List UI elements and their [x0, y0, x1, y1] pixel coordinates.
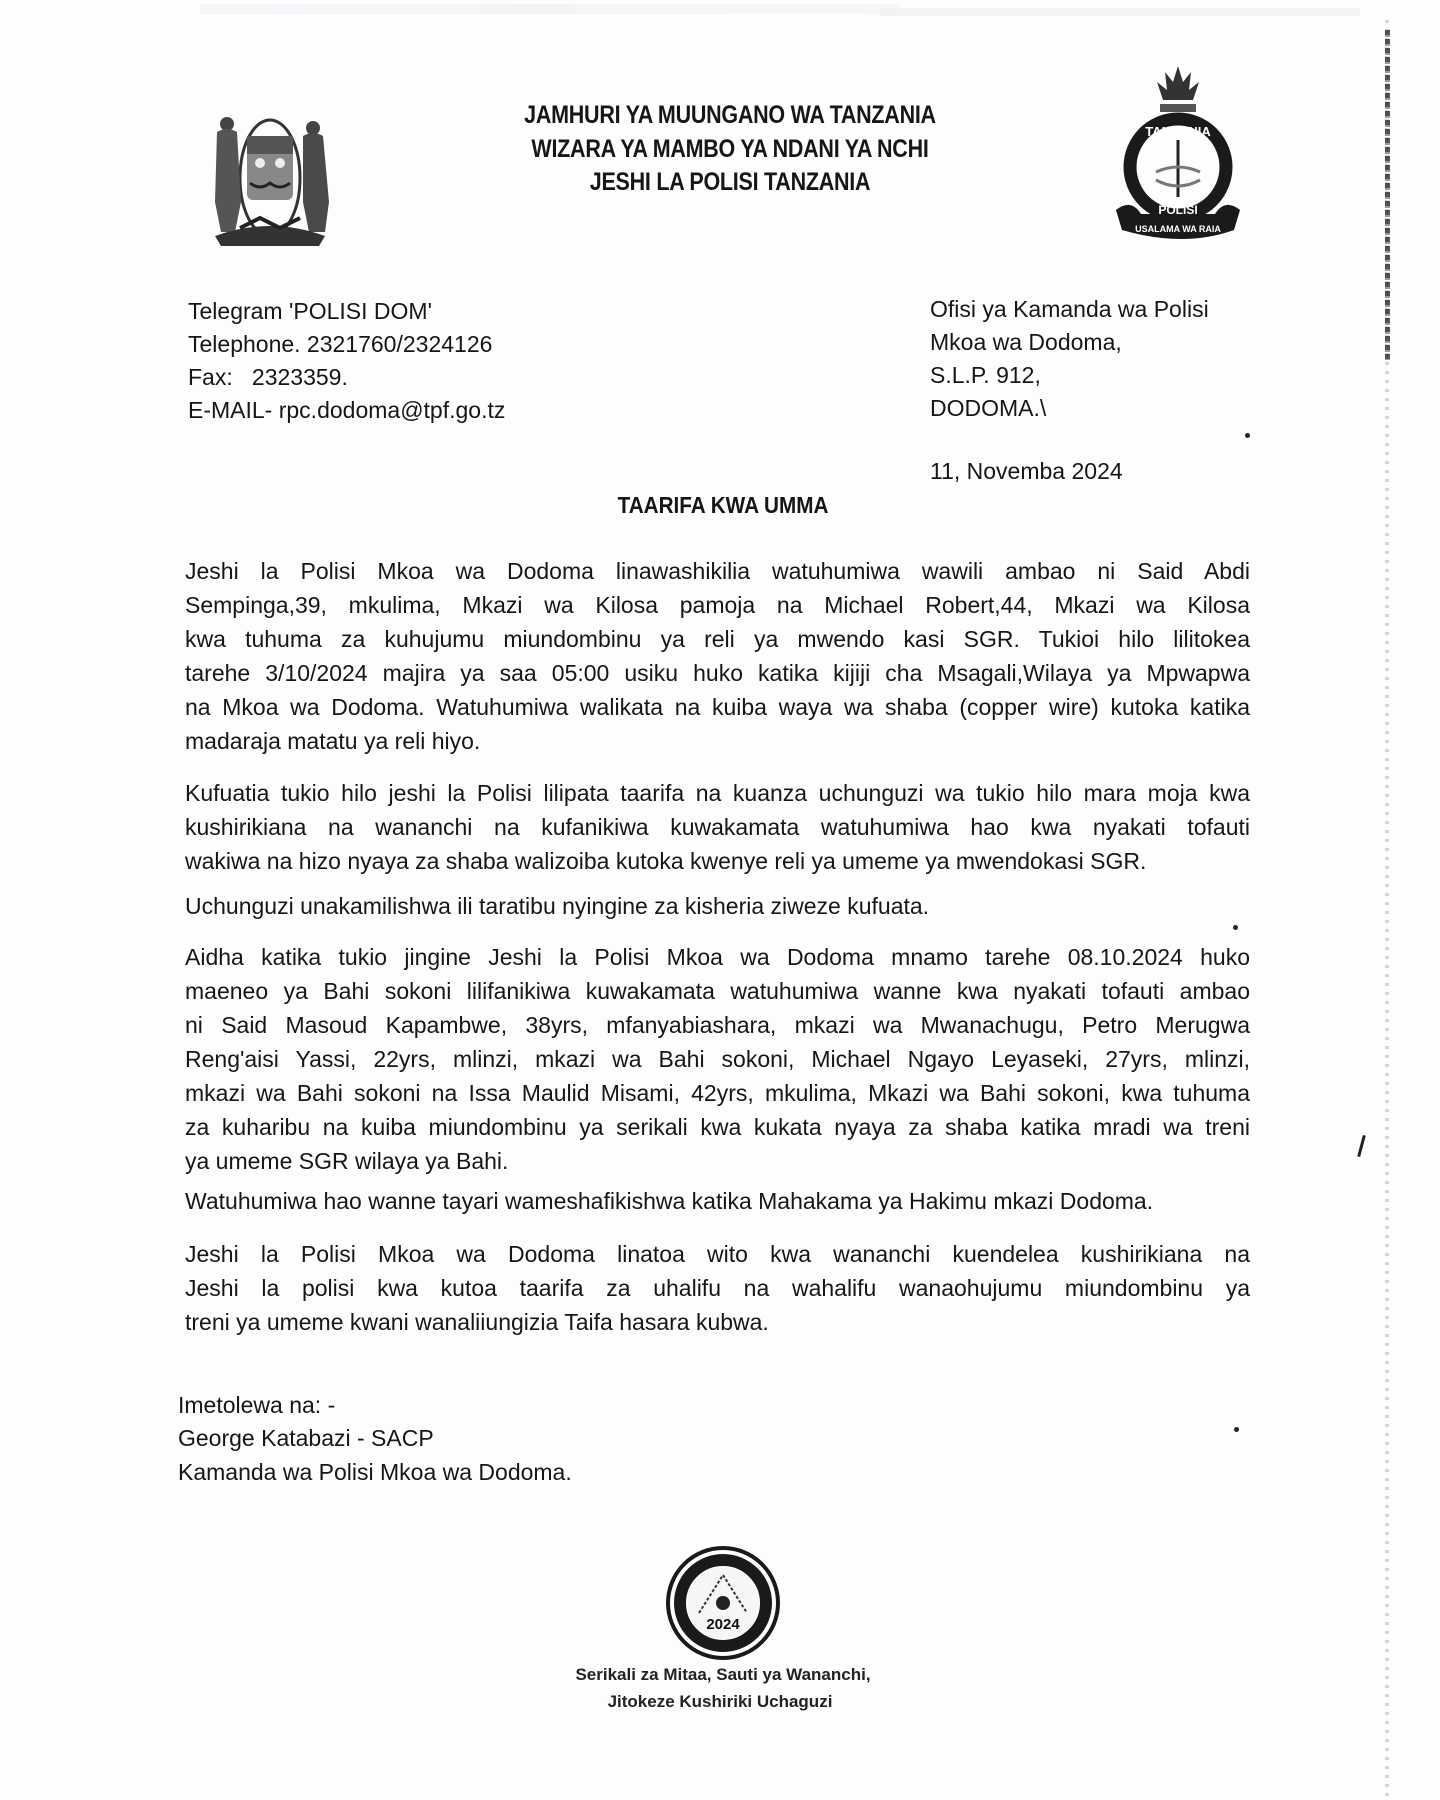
footer-slogan-line-2: Jitokeze Kushiriki Uchaguzi [520, 1692, 920, 1712]
document-heading: TAARIFA KWA UMMA [453, 492, 993, 519]
svg-text:2024: 2024 [706, 1616, 740, 1633]
letterhead-line-3: JESHI LA POLISI TANZANIA [429, 168, 1031, 197]
scan-edge-line [1385, 30, 1390, 360]
scan-mark [1357, 1135, 1366, 1157]
signatory-name: George Katabazi - SACP [178, 1425, 434, 1452]
contact-email[interactable]: E-MAIL- rpc.dodoma@tpf.go.tz [188, 397, 505, 424]
paragraph-4-line: za kuharibu na kuiba miundombinu ya seri… [185, 1114, 1250, 1141]
scan-bleed-through [880, 8, 1360, 16]
paragraph-6-line: Jeshi la Polisi Mkoa wa Dodoma linatoa w… [185, 1241, 1250, 1268]
paragraph-4-line: ya umeme SGR wilaya ya Bahi. [185, 1148, 1250, 1175]
letterhead-line-1: JAMHURI YA MUUNGANO WA TANZANIA [429, 101, 1031, 130]
paragraph-4-line: maeneo ya Bahi sokoni lilifanikiwa kuwak… [185, 978, 1250, 1005]
paragraph-5-line: Watuhumiwa hao wanne tayari wameshafikis… [185, 1188, 1250, 1215]
scan-speck [1245, 433, 1250, 438]
letter-date: 11, Novemba 2024 [930, 458, 1123, 485]
scan-speck [1233, 925, 1238, 930]
election-2024-seal-icon: 2024 [663, 1543, 783, 1663]
police-badge-icon: TANZANIA POLISI USALAMA WA RAIA [1108, 62, 1248, 248]
paragraph-1-line: tarehe 3/10/2024 majira ya saa 05:00 usi… [185, 660, 1250, 687]
paragraph-1-line: Sempinga,39, mkulima, Mkazi wa Kilosa pa… [185, 592, 1250, 619]
paragraph-4-line: Aidha katika tukio jingine Jeshi la Poli… [185, 944, 1250, 971]
paragraph-4-line: mkazi wa Bahi sokoni na Issa Maulid Misa… [185, 1080, 1250, 1107]
paragraph-3-line: Uchunguzi unakamilishwa ili taratibu nyi… [185, 893, 1250, 920]
issued-by-label: Imetolewa na: - [178, 1392, 335, 1419]
contact-telegram: Telegram 'POLISI DOM' [188, 298, 432, 325]
paragraph-2-line: kushirikiana na wananchi na kufanikiwa k… [185, 814, 1250, 841]
paragraph-1-line: Jeshi la Polisi Mkoa wa Dodoma linawashi… [185, 558, 1250, 585]
letterhead-line-2: WIZARA YA MAMBO YA NDANI YA NCHI [429, 135, 1031, 164]
svg-text:TANZANIA: TANZANIA [1145, 124, 1211, 139]
paragraph-2-line: wakiwa na hizo nyaya za shaba walizoiba … [185, 848, 1250, 875]
scan-bleed-through [200, 4, 900, 14]
paragraph-4-line: Reng'aisi Yassi, 22yrs, mlinzi, mkazi wa… [185, 1046, 1250, 1073]
tanzania-coat-of-arms-icon [205, 108, 335, 250]
address-line-2: Mkoa wa Dodoma, [930, 329, 1122, 356]
address-line-4: DODOMA.\ [930, 395, 1046, 422]
paragraph-6-line: Jeshi la polisi kwa kutoa taarifa za uha… [185, 1275, 1250, 1302]
paragraph-2-line: Kufuatia tukio hilo jeshi la Polisi lili… [185, 780, 1250, 807]
footer-slogan-line-1: Serikali za Mitaa, Sauti ya Wananchi, [523, 1665, 923, 1685]
scanned-letter: JAMHURI YA MUUNGANO WA TANZANIA WIZARA Y… [0, 0, 1440, 1800]
signatory-title: Kamanda wa Polisi Mkoa wa Dodoma. [178, 1459, 572, 1486]
address-line-3: S.L.P. 912, [930, 362, 1041, 389]
svg-text:USALAMA WA RAIA: USALAMA WA RAIA [1135, 224, 1221, 234]
paragraph-4-line: ni Said Masoud Kapambwe, 38yrs, mfanyabi… [185, 1012, 1250, 1039]
paragraph-6-line: treni ya umeme kwani wanaliiungizia Taif… [185, 1309, 1250, 1336]
paragraph-1-line: na Mkoa wa Dodoma. Watuhumiwa walikata n… [185, 694, 1250, 721]
svg-text:POLISI: POLISI [1158, 203, 1197, 217]
contact-fax: Fax: 2323359. [188, 364, 348, 391]
paragraph-1-line: kwa tuhuma za kuhujumu miundombinu ya re… [185, 626, 1250, 653]
contact-telephone: Telephone. 2321760/2324126 [188, 331, 492, 358]
address-line-1: Ofisi ya Kamanda wa Polisi [930, 296, 1209, 323]
scan-speck [1234, 1427, 1239, 1432]
paragraph-1-line: madaraja matatu ya reli hiyo. [185, 728, 1250, 755]
